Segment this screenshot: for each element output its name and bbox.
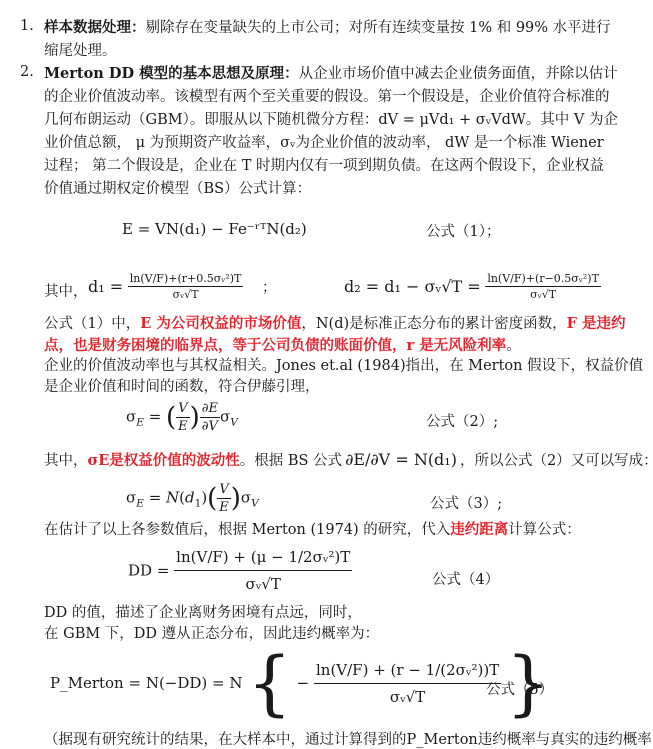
para-sigmaE: 其中，σE是权益价值的波动性。根据 BS 公式∂E/∂V = N(d₁)，所以公…: [44, 450, 653, 471]
para-volatility-line1: 企业的价值波动率也与其权益相关。Jones et.al (1984)指出，在 M…: [44, 356, 643, 376]
para-dd: 在估计了以上各参数值后，根据 Merton (1974) 的研究，代入违约距离计…: [44, 520, 581, 540]
formula-3: σE = N(d1)(VE)σV: [126, 482, 259, 515]
para-after-dd-line1: DD 的值，描述了企业离财务困境有点远，同时，: [44, 603, 362, 623]
list-number-1: 1.: [20, 18, 34, 34]
pmerton-fraction: ln(V/F) + (r − 1/(2σᵥ²))T σᵥ√T: [314, 661, 501, 706]
highlight-F: F 是违约: [567, 315, 626, 332]
para-formula1-line2: 点，也是财务困境的临界点，等于公司负债的账面价值，r 是无风险利率。: [44, 336, 521, 356]
item1-title: 样本数据处理：: [44, 19, 146, 36]
highlight-F-cont: 点，也是财务困境的临界点，等于公司负债的账面价值，r 是无风险利率: [44, 337, 506, 354]
formula-5: P_Merton = N(−DD) = N { − ln(V/F) + (r −…: [50, 648, 551, 718]
item2-text: 从企业市场价值中减去企业债务面值，并除以估计: [299, 66, 618, 82]
d2-formula: d₂ = d₁ − σᵥ√T = ln(V/F)+(r−0.5σᵥ²)T σᵥ√…: [344, 272, 601, 301]
d2-fraction: ln(V/F)+(r−0.5σᵥ²)T σᵥ√T: [485, 272, 601, 301]
formula-2: σE = (VE)∂E∂VσV: [126, 401, 238, 434]
item2-title: Merton DD 模型的基本思想及原理：: [44, 65, 299, 82]
highlight-E: E 为公司权益的市场价值: [140, 315, 301, 332]
formula-3-label: 公式（3）;: [430, 492, 502, 513]
item2-line2: 的企业价值波动率。该模型有两个至关重要的假设。第一个假设是，企业价值符合标准的: [44, 87, 610, 107]
formula-4: DD = ln(V/F) + (μ − 1/2σᵥ²)T σᵥ√T: [128, 548, 352, 593]
formula-4-label: 公式（4）: [432, 568, 499, 589]
formula-2-label: 公式（2）;: [426, 410, 498, 431]
bs-derivative: ∂E/∂V = N(d₁): [345, 450, 457, 469]
item1-line1: 样本数据处理：剔除存在变量缺失的上市公司；对所有连续变量按 1% 和 99% 水…: [44, 18, 611, 38]
formula-1: E = VN(d₁) − Fe⁻ʳᵀN(d₂): [122, 220, 307, 238]
highlight-sigmaE: σE是权益价值的波动性: [88, 452, 240, 469]
item1-line2: 缩尾处理。: [44, 41, 117, 61]
highlight-dd: 违约距离: [450, 521, 508, 538]
d1-formula: d₁ = ln(V/F)+(r+0.5σᵥ²)T σᵥ√T ；: [88, 272, 276, 301]
formula-5-label: 公式（5）: [486, 678, 553, 699]
d1-fraction: ln(V/F)+(r+0.5σᵥ²)T σᵥ√T: [128, 272, 244, 301]
para-last: （据现有研究统计的结果，在大样本中，通过计算得到的P_Merton违约概率与真实…: [44, 728, 652, 749]
para-volatility-line2: 是企业价值和时间的函数，符合伊藤引理，: [44, 377, 320, 397]
para-formula1-line1: 公式（1）中，E 为公司权益的市场价值，N(d)是标准正态分布的累计密度函数，F…: [44, 314, 625, 334]
item2-line3: 几何布朗运动（GBM）。即服从以下随机微分方程：dV = μVd₁ + σᵥVd…: [44, 110, 618, 130]
item1-text: 剔除存在变量缺失的上市公司；对所有连续变量按 1% 和 99% 水平进行: [146, 20, 611, 36]
item2-line4: 业价值总额， μ 为预期资产收益率，σᵥ为企业价值的波动率， dW 是一个标准 …: [44, 133, 604, 153]
dd-fraction: ln(V/F) + (μ − 1/2σᵥ²)T σᵥ√T: [174, 548, 352, 593]
item2-line5: 过程； 第二个假设是，企业在 T 时期内仅有一项到期负债。在这两个假设下，企业权…: [44, 156, 604, 176]
d-prefix: 其中，: [44, 280, 88, 301]
item2-line6: 价值通过期权定价模型（BS）公式计算：: [44, 179, 311, 199]
para-after-dd-line2: 在 GBM 下，DD 遵从正态分布，因此违约概率为：: [44, 624, 379, 644]
list-number-2: 2.: [20, 64, 34, 80]
item2-line1: Merton DD 模型的基本思想及原理：从企业市场价值中减去企业债务面值，并除…: [44, 64, 618, 84]
formula-1-label: 公式（1）；: [426, 220, 500, 241]
